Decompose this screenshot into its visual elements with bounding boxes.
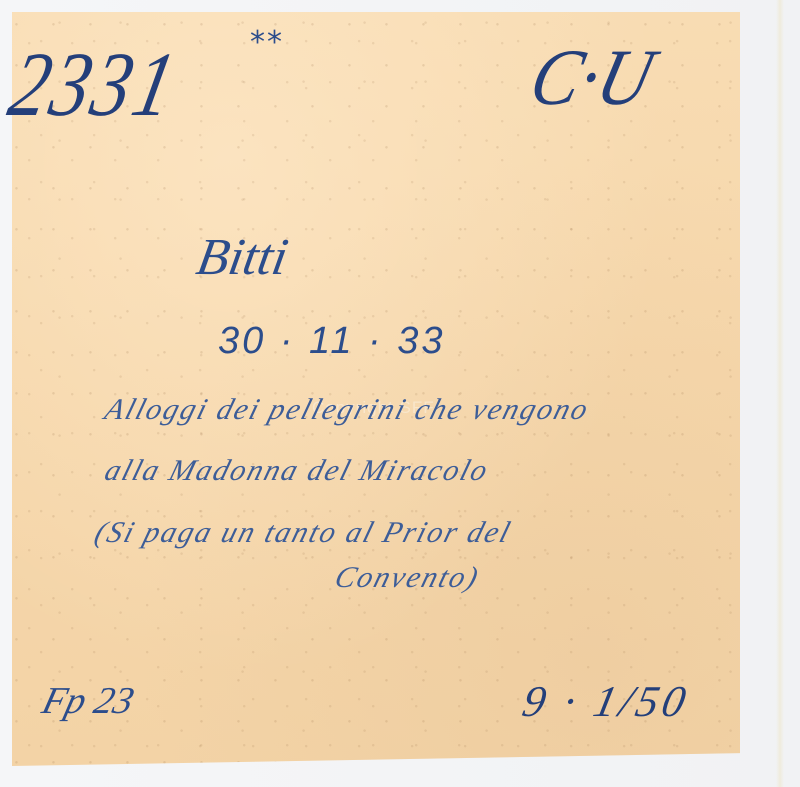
scanned-document: Copyright SFF 2331 ** C·U Bitti 30 · 11 … [0,0,800,787]
description-line: (Si paga un tanto al Prior del [91,518,515,548]
scan-edge-strip [776,0,784,787]
format-note: 9 · 1/50 [519,680,694,724]
catalog-marks: ** [250,28,284,58]
catalog-number: 2331 [2,38,186,130]
plate-reference: Fp 23 [39,682,138,720]
date: 30 · 11 · 33 [218,322,446,360]
place-name: Bitti [193,232,292,284]
collection-code: C·U [523,38,661,118]
description-line: Convento) [331,563,483,593]
description-line: Alloggi dei pellegrini che vengono [101,395,592,425]
description-line: alla Madonna del Miracolo [101,456,492,486]
